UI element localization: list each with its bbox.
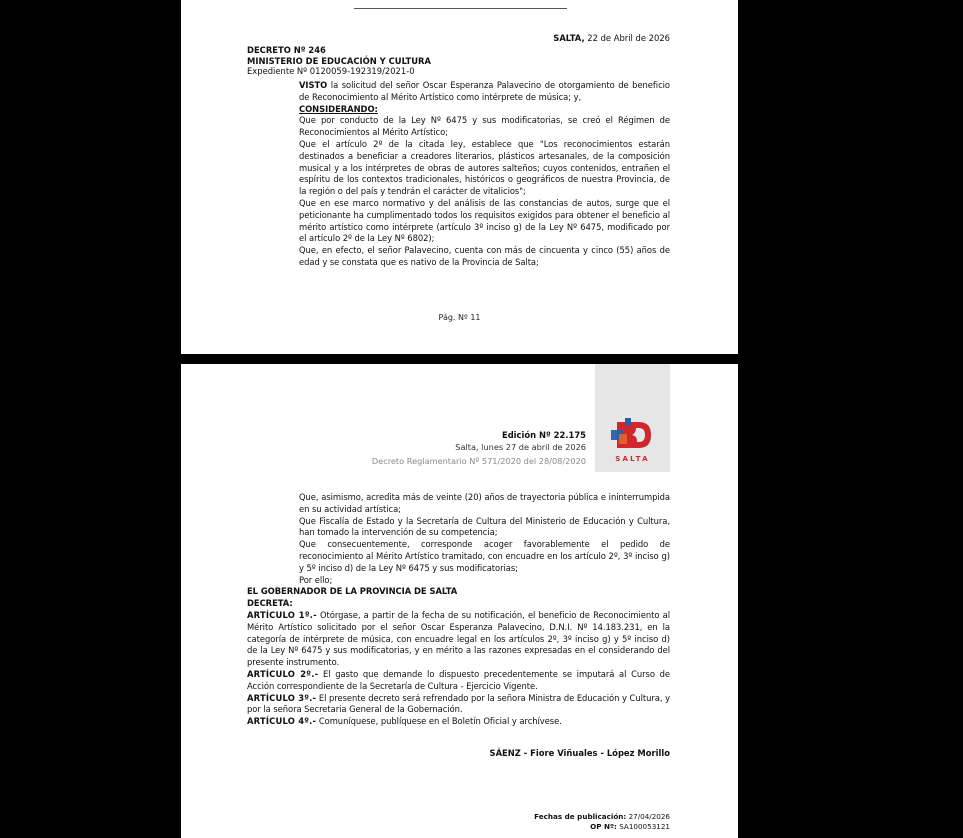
op-label: OP Nº: bbox=[590, 822, 617, 831]
article-3: ARTÍCULO 3º.- El presente decreto será r… bbox=[247, 693, 670, 717]
article-label: ARTÍCULO 4º.- bbox=[247, 716, 316, 726]
decree-body-page2: Que, asimismo, acredita más de veinte (2… bbox=[247, 492, 670, 728]
bo-logo-icon bbox=[609, 418, 655, 452]
document-page-11: SALTA, 22 de Abril de 2026 DECRETO Nº 24… bbox=[181, 0, 738, 354]
paragraph: Que, en efecto, el señor Palavecino, cue… bbox=[247, 245, 670, 269]
date-text: 22 de Abril de 2026 bbox=[587, 33, 670, 43]
publication-info: Fechas de publicación: 27/04/2026 OP Nº:… bbox=[534, 812, 670, 831]
considerando-heading: CONSIDERANDO: bbox=[247, 104, 670, 116]
decree-heading: DECRETO Nº 246 MINISTERIO DE EDUCACIÓN Y… bbox=[247, 45, 670, 77]
paragraph: Por ello; bbox=[247, 575, 670, 587]
decree-body-page1: VISTO la solicitud del señor Oscar Esper… bbox=[247, 80, 670, 269]
paragraph: Que el artículo 2º de la citada ley, est… bbox=[247, 139, 670, 198]
header-rule bbox=[354, 8, 567, 9]
article-label: ARTÍCULO 3º.- bbox=[247, 693, 316, 703]
decreta-heading: DECRETA: bbox=[247, 598, 670, 610]
signatures: SÁENZ - Fiore Viñuales - López Morillo bbox=[247, 748, 670, 758]
expediente: Expediente Nº 0120059-192319/2021-0 bbox=[247, 66, 670, 77]
paragraph: Que Fiscalía de Estado y la Secretaría d… bbox=[247, 516, 670, 540]
regulatory-decree: Decreto Reglamentario Nº 571/2020 del 28… bbox=[372, 456, 586, 466]
article-2: ARTÍCULO 2º.- El gasto que demande lo di… bbox=[247, 669, 670, 693]
visto-paragraph: VISTO la solicitud del señor Oscar Esper… bbox=[247, 80, 670, 104]
paragraph: Que, asimismo, acredita más de veinte (2… bbox=[247, 492, 670, 516]
paragraph: Que consecuentemente, corresponde acoger… bbox=[247, 539, 670, 574]
pub-date: 27/04/2026 bbox=[626, 812, 670, 821]
pub-date-label: Fechas de publicación: bbox=[534, 812, 626, 821]
visto-label: VISTO bbox=[299, 80, 327, 90]
edition-date: Salta, lunes 27 de abril de 2026 bbox=[455, 442, 586, 452]
edition-number: Edición Nº 22.175 bbox=[502, 430, 586, 440]
decree-date: SALTA, 22 de Abril de 2026 bbox=[247, 33, 670, 43]
op-value: SA100053121 bbox=[617, 822, 670, 831]
document-page-12: SALTA Edición Nº 22.175 Salta, lunes 27 … bbox=[181, 364, 738, 838]
boletin-logo: SALTA bbox=[595, 364, 670, 472]
logo-text: SALTA bbox=[595, 455, 670, 463]
place-label: SALTA, bbox=[553, 33, 584, 43]
article-label: ARTÍCULO 2º.- bbox=[247, 669, 318, 679]
governor-heading: EL GOBERNADOR DE LA PROVINCIA DE SALTA bbox=[247, 586, 670, 598]
decree-number: DECRETO Nº 246 bbox=[247, 45, 670, 56]
paragraph: Que en ese marco normativo y del análisi… bbox=[247, 198, 670, 245]
article-4: ARTÍCULO 4º.- Comuníquese, publíquese en… bbox=[247, 716, 670, 728]
ministry-name: MINISTERIO DE EDUCACIÓN Y CULTURA bbox=[247, 56, 670, 67]
paragraph: Que por conducto de la Ley Nº 6475 y sus… bbox=[247, 115, 670, 139]
article-label: ARTÍCULO 1º.- bbox=[247, 610, 317, 620]
article-1: ARTÍCULO 1º.- Otórgase, a partir de la f… bbox=[247, 610, 670, 669]
page-number: Pág. Nº 11 bbox=[181, 313, 738, 322]
